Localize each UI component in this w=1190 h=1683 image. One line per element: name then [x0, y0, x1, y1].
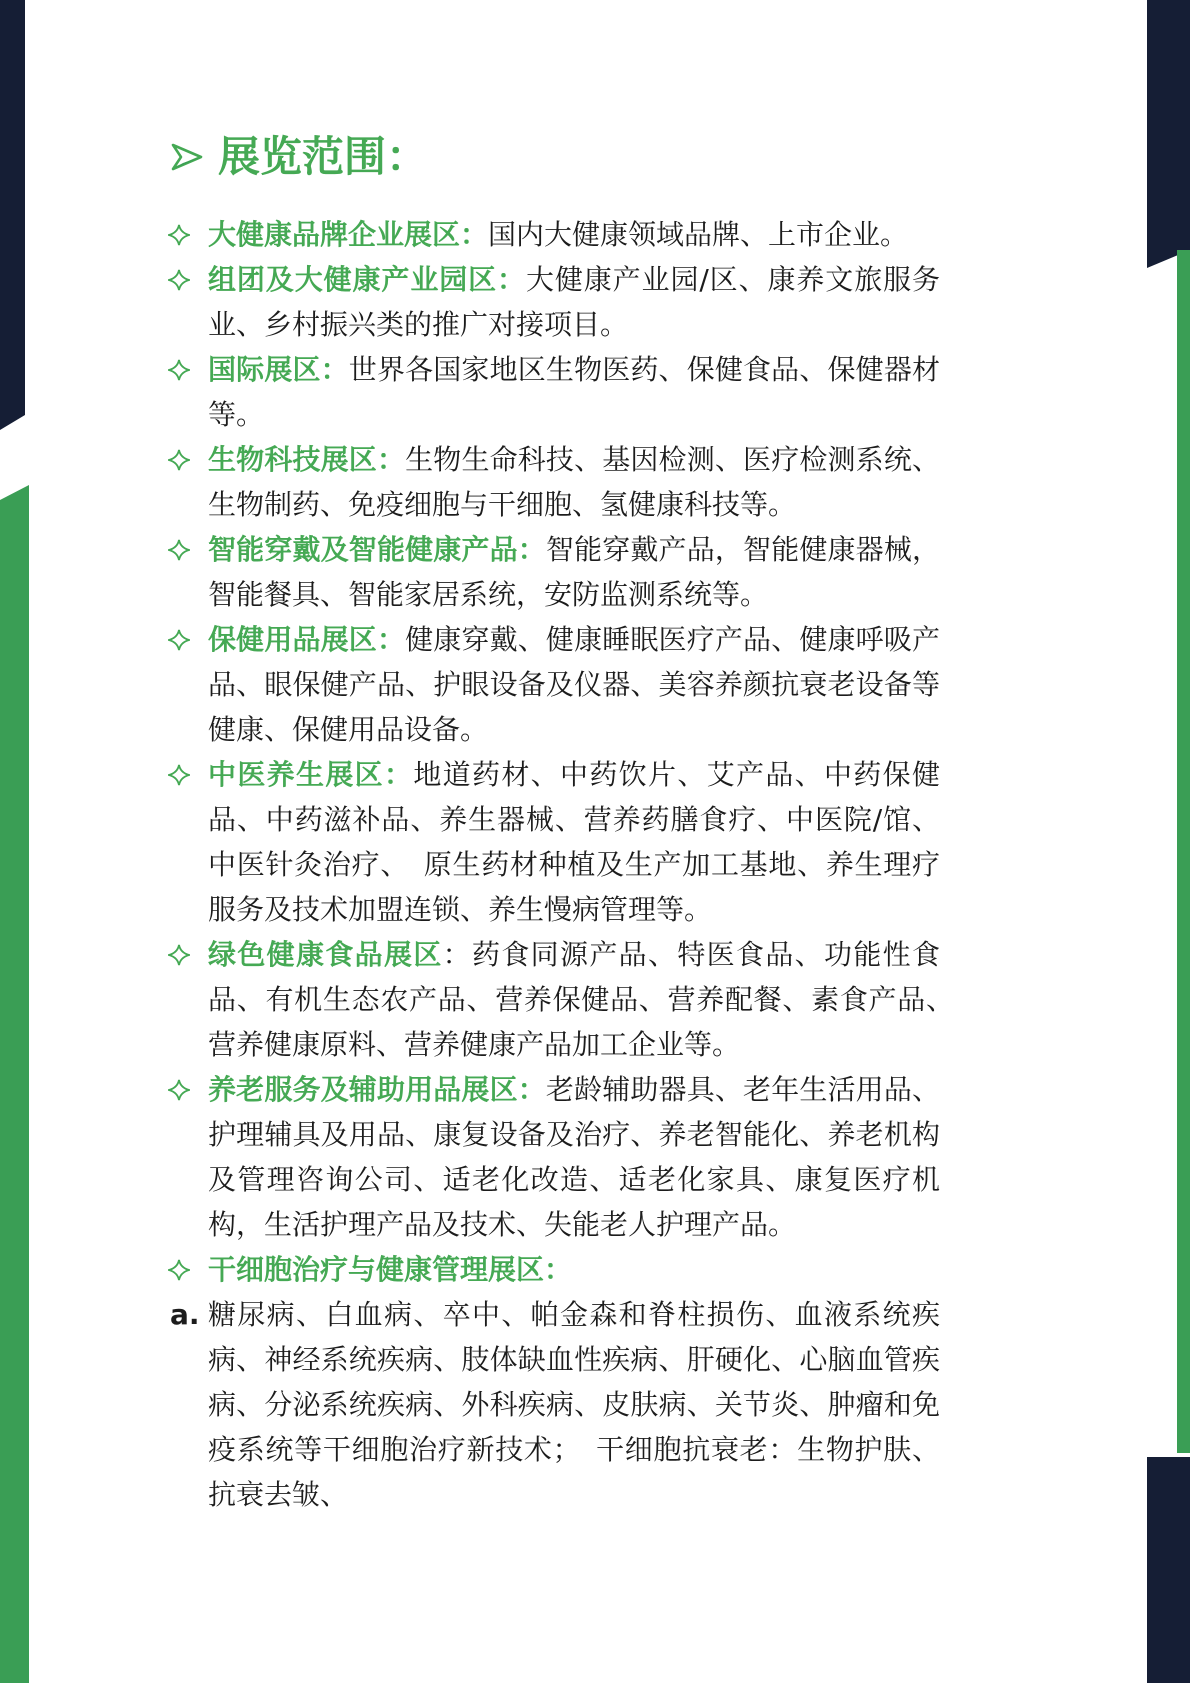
- item-text: 糖尿病、白血病、卒中、帕金森和脊柱损伤、血液系统疾病、神经系统疾病、肢体缺血性疾…: [208, 1298, 940, 1511]
- list-item-biotech-zone: 生物科技展区：生物生命科技、基因检测、医疗检测系统、生物制药、免疫细胞与干细胞、…: [170, 437, 940, 527]
- arrowhead-icon: [170, 142, 204, 172]
- list-item-green-food-zone: 绿色健康食品展区：药食同源产品、特医食品、功能性食品、有机生态农产品、营养保健品…: [170, 932, 940, 1067]
- list-item-smart-wearable-zone: 智能穿戴及智能健康产品：智能穿戴产品，智能健康器械，智能餐具、智能家居系统，安防…: [170, 527, 940, 617]
- diamond-bullet-icon: [168, 437, 190, 482]
- list-item-healthcare-products-zone: 保健用品展区：健康穿戴、健康睡眠医疗产品、健康呼吸产品、眼保健产品、护眼设备及仪…: [170, 617, 940, 752]
- page-title-text: 展览范围：: [218, 128, 428, 186]
- list-item-brand-zone: 大健康品牌企业展区：国内大健康领域品牌、上市企业。: [170, 212, 940, 257]
- item-label: 大健康品牌企业展区：: [208, 218, 488, 251]
- document-content: 展览范围： 大健康品牌企业展区：国内大健康领域品牌、上市企业。 组团及大健康产业…: [170, 128, 940, 1517]
- item-label: 绿色健康食品展区: [208, 938, 443, 971]
- item-label: 组团及大健康产业园区：: [208, 263, 526, 296]
- item-label: 养老服务及辅助用品展区：: [208, 1073, 546, 1106]
- bottom-right-navy-block: [1147, 1457, 1190, 1683]
- diamond-bullet-icon: [168, 527, 190, 572]
- diamond-bullet-icon: [168, 1247, 190, 1292]
- diamond-bullet-icon: [168, 1067, 190, 1112]
- page-title: 展览范围：: [170, 128, 940, 186]
- top-left-navy-bar: [0, 0, 25, 430]
- list-item-stem-cell-zone: 干细胞治疗与健康管理展区：: [170, 1247, 940, 1292]
- list-item-tcm-wellness-zone: 中医养生展区：地道药材、中药饮片、艾产品、中药保健品、中药滋补品、养生器械、营养…: [170, 752, 940, 932]
- top-right-navy-block: [1147, 0, 1190, 268]
- letter-bullet: a.: [170, 1292, 200, 1337]
- diamond-bullet-icon: [168, 617, 190, 662]
- diamond-bullet-icon: [168, 752, 190, 797]
- diamond-bullet-icon: [168, 932, 190, 977]
- item-label: 生物科技展区：: [208, 443, 405, 476]
- item-label: 干细胞治疗与健康管理展区：: [208, 1253, 572, 1286]
- item-text: 国内大健康领域品牌、上市企业。: [488, 218, 908, 251]
- item-label: 中医养生展区：: [208, 758, 413, 791]
- list-item-stem-cell-detail-a: a. 糖尿病、白血病、卒中、帕金森和脊柱损伤、血液系统疾病、神经系统疾病、肢体缺…: [170, 1292, 940, 1517]
- list-item-elderly-care-zone: 养老服务及辅助用品展区：老龄辅助器具、老年生活用品、护理辅具及用品、康复设备及治…: [170, 1067, 940, 1247]
- right-green-strip: [1177, 250, 1190, 1453]
- item-label: 保健用品展区：: [208, 623, 405, 656]
- list-item-international-zone: 国际展区：世界各国家地区生物医药、保健食品、保健器材等。: [170, 347, 940, 437]
- item-label: 智能穿戴及智能健康产品：: [208, 533, 546, 566]
- diamond-bullet-icon: [168, 212, 190, 257]
- list-item-group-park-zone: 组团及大健康产业园区：大健康产业园/区、康养文旅服务业、乡村振兴类的推广对接项目…: [170, 257, 940, 347]
- diamond-bullet-icon: [168, 257, 190, 302]
- exhibit-scope-list: 大健康品牌企业展区：国内大健康领域品牌、上市企业。 组团及大健康产业园区：大健康…: [170, 212, 940, 1517]
- item-label: 国际展区：: [208, 353, 349, 386]
- diamond-bullet-icon: [168, 347, 190, 392]
- left-green-bar: [0, 485, 29, 1683]
